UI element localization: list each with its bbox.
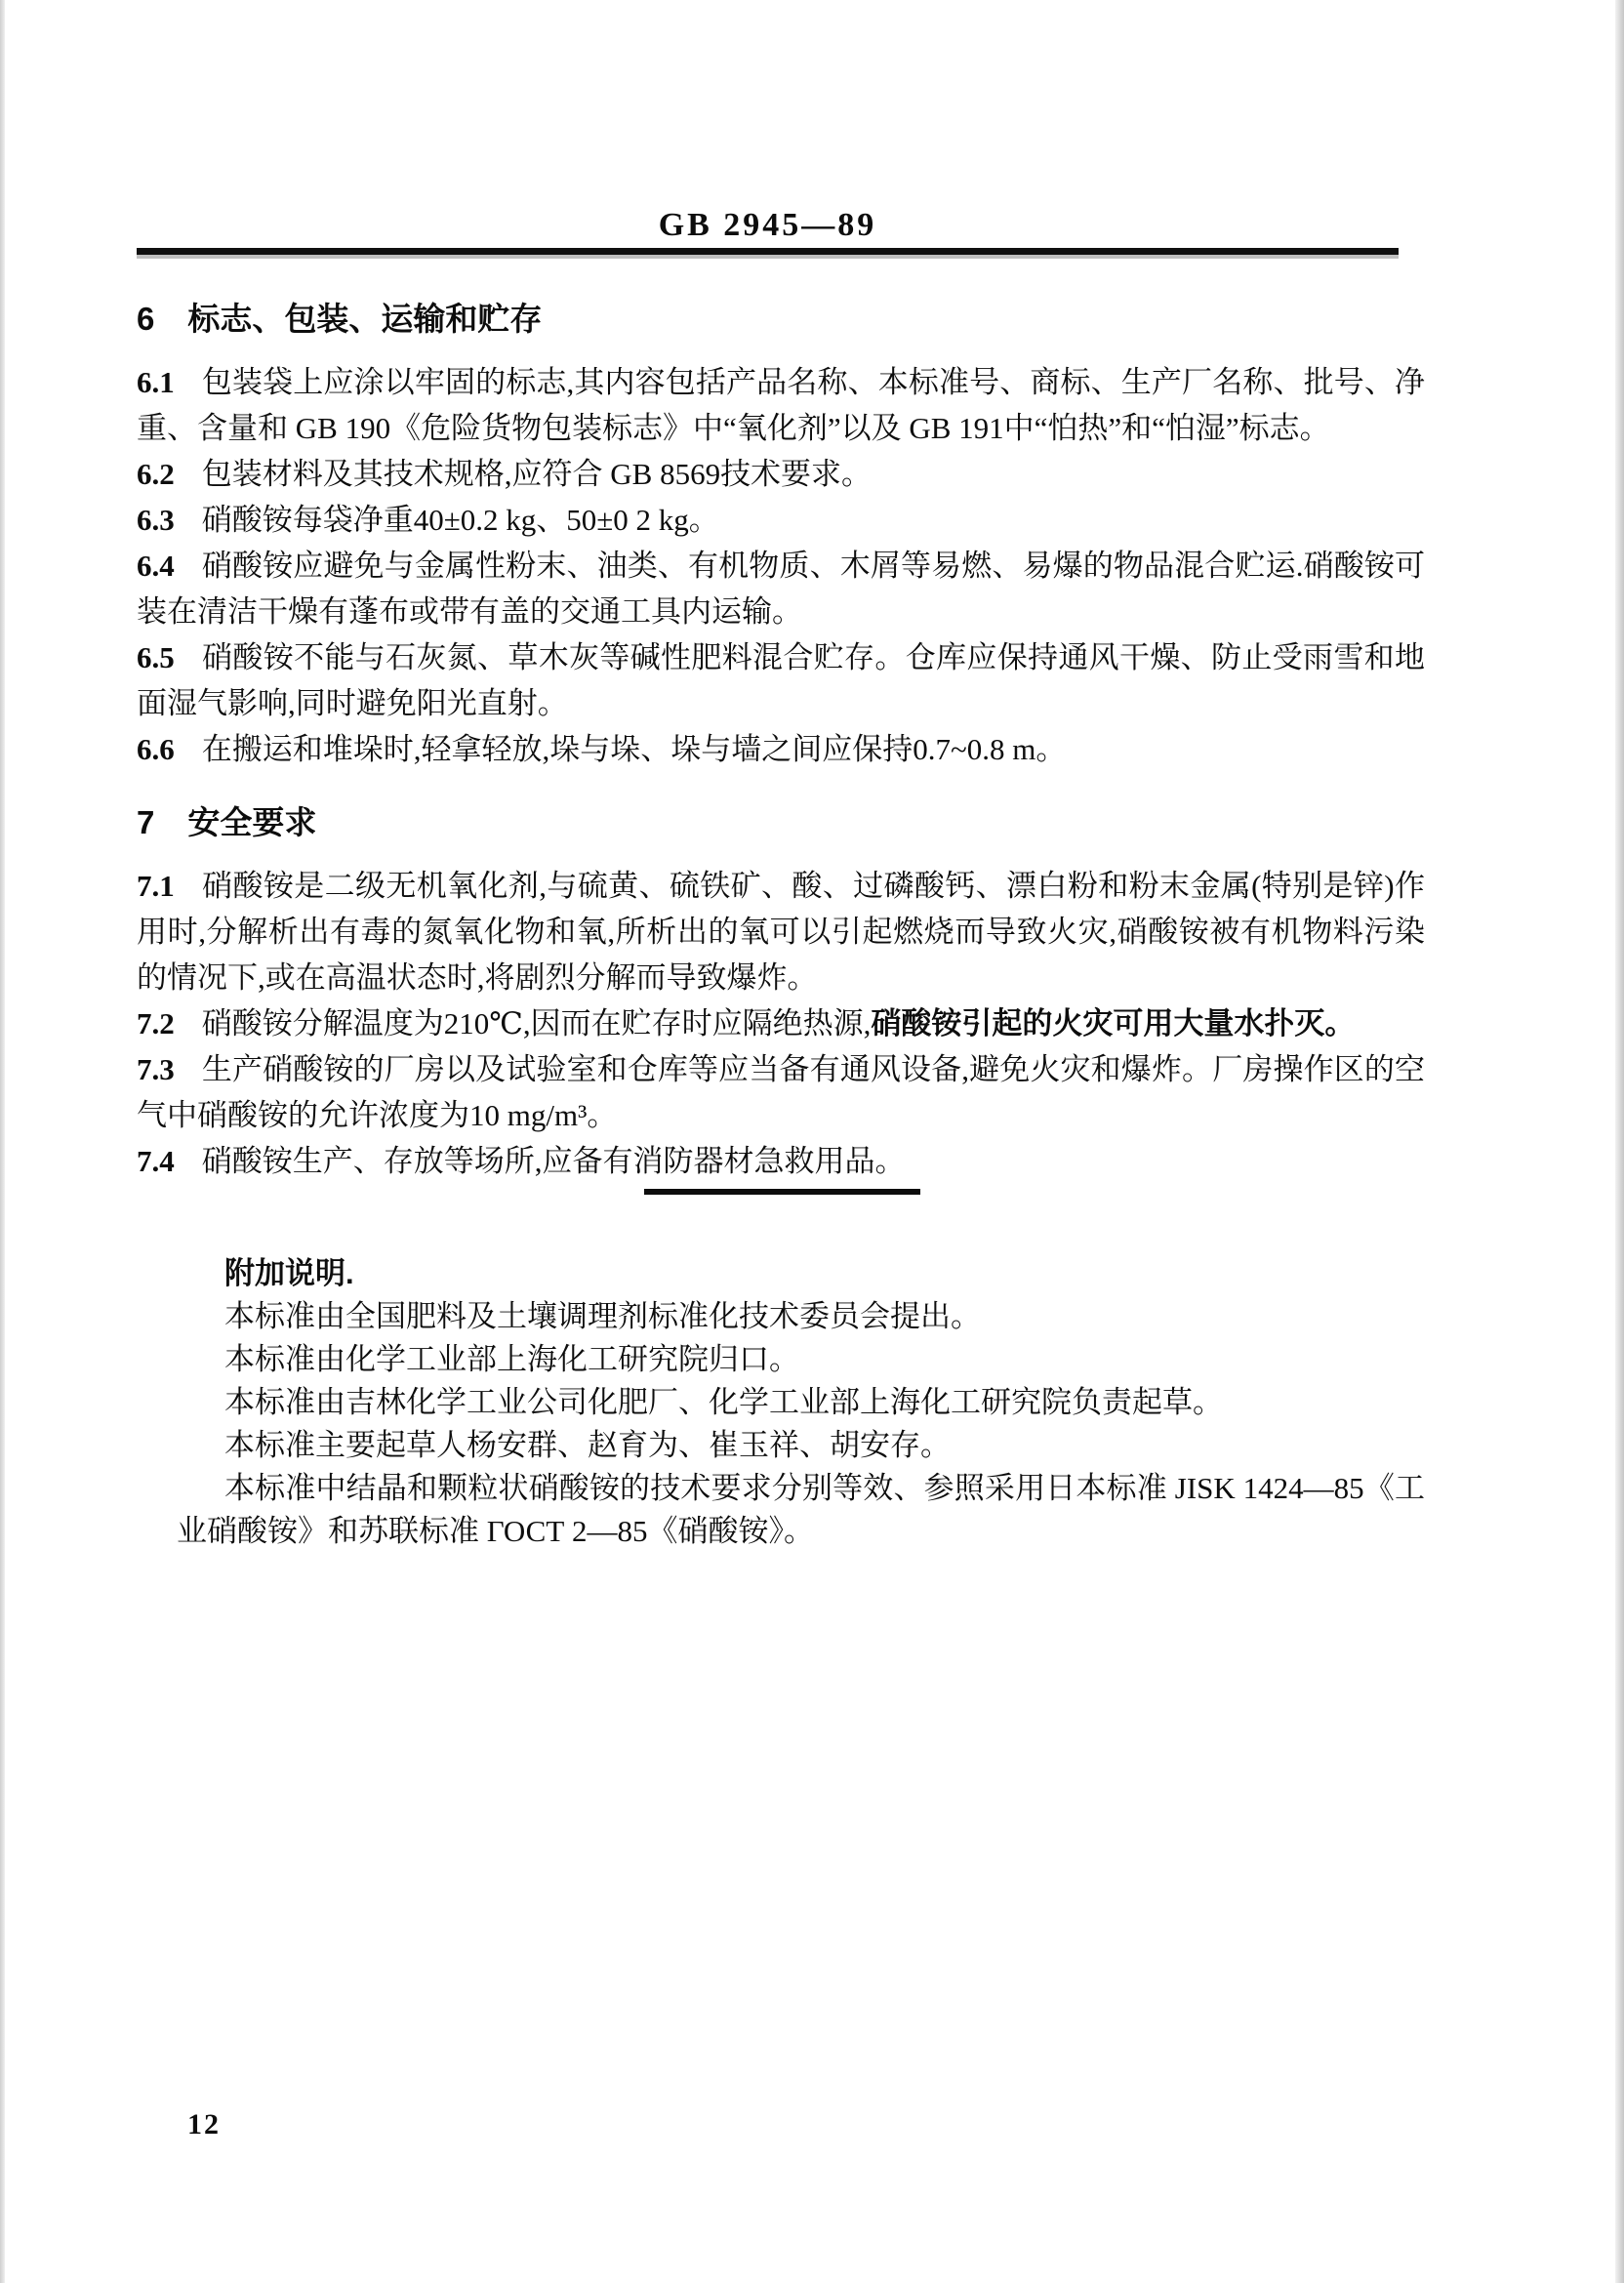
- clause-text: 包装袋上应涂以牢固的标志,其内容包括产品名称、本标准号、商标、生产厂名称、批号、…: [137, 365, 1425, 445]
- header-rule: [137, 248, 1399, 255]
- appendix: 附加说明. 本标准由全国肥料及土壤调理剂标准化技术委员会提出。 本标准由化学工业…: [177, 1252, 1425, 1553]
- scan-edge-right: [1615, 0, 1624, 2283]
- section-divider: [644, 1189, 920, 1195]
- clause-number: 7.4: [137, 1144, 175, 1178]
- clause-text: 硝酸铵每袋净重40±0.2 kg、50±0 2 kg。: [202, 503, 719, 537]
- appendix-line: 本标准由全国肥料及土壤调理剂标准化技术委员会提出。: [177, 1295, 1425, 1338]
- clause-number: 7.3: [137, 1052, 175, 1086]
- section-title-text: 标志、包装、运输和贮存: [187, 301, 542, 337]
- doc-number: GB 2945—89: [137, 207, 1399, 244]
- clause-6-5: 6.5硝酸铵不能与石灰氮、草木灰等碱性肥料混合贮存。仓库应保持通风干燥、防止受雨…: [137, 634, 1425, 726]
- clause-6-3: 6.3硝酸铵每袋净重40±0.2 kg、50±0 2 kg。: [137, 497, 1425, 543]
- clause-text-emphasis: 硝酸铵引起的火灾可用大量水扑灭。: [871, 1006, 1355, 1040]
- appendix-title: 附加说明.: [177, 1252, 1425, 1295]
- section-7-title: 7安全要求: [137, 799, 1425, 845]
- document-body: 6标志、包装、运输和贮存 6.1包装袋上应涂以牢固的标志,其内容包括产品名称、本…: [137, 296, 1425, 1184]
- clause-7-4: 7.4硝酸铵生产、存放等场所,应备有消防器材急救用品。: [137, 1138, 1425, 1184]
- clause-number: 7.2: [137, 1006, 175, 1040]
- clause-number: 6.2: [137, 457, 175, 491]
- clause-text: 生产硝酸铵的厂房以及试验室和仓库等应当备有通风设备,避免火灾和爆炸。厂房操作区的…: [137, 1052, 1425, 1132]
- clause-6-2: 6.2包装材料及其技术规格,应符合 GB 8569技术要求。: [137, 451, 1425, 497]
- clause-text: 硝酸铵应避免与金属性粉末、油类、有机物质、木屑等易燃、易爆的物品混合贮运.硝酸铵…: [137, 549, 1425, 629]
- clause-7-2: 7.2硝酸铵分解温度为210℃,因而在贮存时应隔绝热源,硝酸铵引起的火灾可用大量…: [137, 1000, 1425, 1046]
- scan-edge-left: [0, 0, 5, 2283]
- appendix-line: 本标准中结晶和颗粒状硝酸铵的技术要求分别等效、参照采用日本标准 JISK 142…: [177, 1467, 1425, 1553]
- clause-7-1: 7.1硝酸铵是二级无机氧化剂,与硫黄、硫铁矿、酸、过磷酸钙、漂白粉和粉末金属(特…: [137, 863, 1425, 1000]
- clause-6-6: 6.6在搬运和堆垛时,轻拿轻放,垛与垛、垛与墙之间应保持0.7~0.8 m。: [137, 726, 1425, 772]
- appendix-line: 本标准由吉林化学工业公司化肥厂、化学工业部上海化工研究院负责起草。: [177, 1381, 1425, 1424]
- appendix-line: 本标准由化学工业部上海化工研究院归口。: [177, 1338, 1425, 1381]
- section-number: 6: [137, 301, 154, 337]
- page-number: 12: [187, 2108, 221, 2141]
- clause-6-1: 6.1包装袋上应涂以牢固的标志,其内容包括产品名称、本标准号、商标、生产厂名称、…: [137, 359, 1425, 451]
- clause-number: 6.3: [137, 503, 175, 537]
- clause-text: 包装材料及其技术规格,应符合 GB 8569技术要求。: [202, 457, 872, 491]
- clause-number: 6.5: [137, 640, 175, 674]
- clause-text: 硝酸铵不能与石灰氮、草木灰等碱性肥料混合贮存。仓库应保持通风干燥、防止受雨雪和地…: [137, 640, 1425, 720]
- clause-text: 硝酸铵生产、存放等场所,应备有消防器材急救用品。: [202, 1144, 906, 1178]
- clause-number: 6.6: [137, 732, 175, 766]
- clause-number: 7.1: [137, 869, 175, 903]
- clause-text: 硝酸铵分解温度为210℃,因而在贮存时应隔绝热源,: [202, 1006, 872, 1040]
- section-6-title: 6标志、包装、运输和贮存: [137, 296, 1425, 342]
- clause-text: 硝酸铵是二级无机氧化剂,与硫黄、硫铁矿、酸、过磷酸钙、漂白粉和粉末金属(特别是锌…: [137, 869, 1425, 995]
- clause-7-3: 7.3生产硝酸铵的厂房以及试验室和仓库等应当备有通风设备,避免火灾和爆炸。厂房操…: [137, 1046, 1425, 1138]
- section-title-text: 安全要求: [187, 804, 316, 840]
- document-page: GB 2945—89 6标志、包装、运输和贮存 6.1包装袋上应涂以牢固的标志,…: [0, 0, 1624, 2283]
- clause-6-4: 6.4硝酸铵应避免与金属性粉末、油类、有机物质、木屑等易燃、易爆的物品混合贮运.…: [137, 543, 1425, 634]
- section-number: 7: [137, 804, 154, 840]
- clause-text: 在搬运和堆垛时,轻拿轻放,垛与垛、垛与墙之间应保持0.7~0.8 m。: [202, 732, 1067, 766]
- clause-number: 6.1: [137, 365, 175, 399]
- clause-number: 6.4: [137, 549, 175, 583]
- appendix-line: 本标准主要起草人杨安群、赵育为、崔玉祥、胡安存。: [177, 1424, 1425, 1467]
